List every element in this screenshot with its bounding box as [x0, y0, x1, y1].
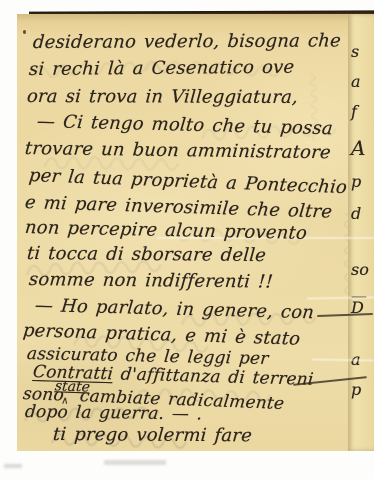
- second-page-edge: s a f A p d so — D a p: [348, 14, 374, 451]
- letter-line: ti tocca di sborsare delle: [26, 243, 267, 266]
- scan-smudge: [4, 464, 22, 468]
- letter-line: somme non indifferenti !!: [28, 269, 274, 293]
- letter-line: si rechi là a Cesenatico ove: [28, 57, 295, 80]
- page2-fragment: d: [351, 204, 361, 223]
- page2-fragment: a: [351, 72, 361, 91]
- letter-page: s a f A p d so — D a p desiderano vederl…: [17, 14, 374, 451]
- insertion-mark: state∧: [63, 400, 79, 402]
- inserted-word: state: [54, 378, 91, 395]
- page2-fragment: so: [351, 260, 369, 279]
- page2-fragment: A: [351, 136, 365, 160]
- page2-fragment: s: [351, 42, 359, 61]
- page2-fragment: p: [351, 380, 361, 399]
- ink-blot: [23, 30, 26, 34]
- letter-line: ti prego volermi fare: [52, 424, 253, 446]
- page2-fragment: p: [351, 172, 361, 191]
- letter-photograph: s a f A p d so — D a p desiderano vederl…: [0, 0, 374, 479]
- letter-line: trovare un buon amministratore: [24, 138, 332, 163]
- letter-line: ora si trova in Villeggiatura,: [26, 86, 299, 108]
- letter-line: dopo la guerra. — .: [24, 402, 203, 424]
- page2-fragment: f: [351, 102, 357, 121]
- letter-line: desiderano vederlo, bisogna che: [32, 30, 341, 53]
- scan-smudge: [104, 460, 166, 465]
